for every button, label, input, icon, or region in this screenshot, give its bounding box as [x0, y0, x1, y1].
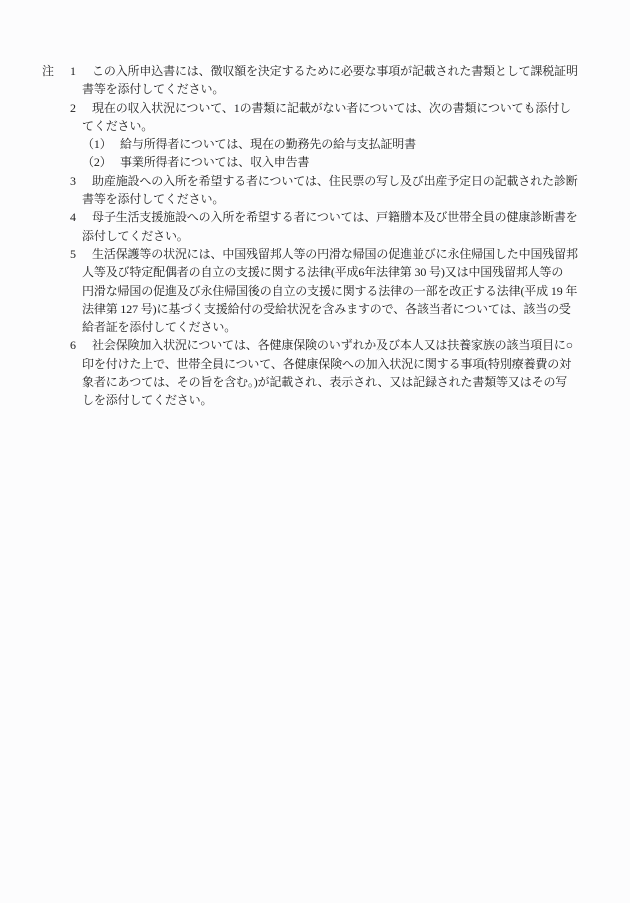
- note-item-6-line-3: 象者にあつては、その旨を含む。)が記載され、表示され、又は記録された書類等又はそ…: [0, 373, 610, 391]
- note-item-1-line-1: 1この入所申込書には、徴収額を決定するために必要な事項が記載された書類として課税…: [0, 62, 610, 80]
- notes-block: 注 1この入所申込書には、徴収額を決定するために必要な事項が記載された書類として…: [0, 62, 610, 410]
- note-item-2-sub-2: （2）事業所得者については、収入申告書: [0, 153, 610, 171]
- line-text: 社会保険加入状況については、各健康保険のいずれか及び本人又は扶養家族の該当項目に…: [92, 338, 573, 352]
- line-text: 現在の収入状況について、1の書類に記載がない者については、次の書類についても添付…: [92, 101, 571, 115]
- line-text: 給与所得者については、現在の勤務先の給与支払証明書: [120, 137, 416, 151]
- item-number: 4: [70, 208, 92, 226]
- item-number: 5: [70, 245, 92, 263]
- line-text: 生活保護等の状況には、中国残留邦人等の円滑な帰国の促進並びに永住帰国した中国残留…: [92, 247, 578, 261]
- note-item-4-line-2: 添付してください。: [0, 227, 610, 245]
- note-item-3-line-2: 書等を添付してください。: [0, 190, 610, 208]
- note-item-2-line-2: てください。: [0, 117, 610, 135]
- item-number: 3: [70, 172, 92, 190]
- note-item-2-line-1: 2現在の収入状況について、1の書類に記載がない者については、次の書類についても添…: [0, 99, 610, 117]
- sub-item-number: （2）: [82, 153, 120, 171]
- note-item-5-line-1: 5生活保護等の状況には、中国残留邦人等の円滑な帰国の促進並びに永住帰国した中国残…: [0, 245, 610, 263]
- line-text: 母子生活支援施設への入所を希望する者については、戸籍謄本及び世帯全員の健康診断書…: [92, 210, 578, 224]
- line-text: 書等を添付してください。: [82, 82, 224, 96]
- line-text: 書等を添付してください。: [82, 192, 224, 206]
- line-text: 印を付けた上で、世帯全員について、各健康保険への加入状況に関する事項(特別療養費…: [82, 357, 571, 371]
- note-item-5-line-4: 法律第 127 号)に基づく支援給付の受給状況を含みますので、各該当者については…: [0, 300, 610, 318]
- line-text: しを添付してください。: [82, 393, 212, 407]
- note-item-5-line-3: 円滑な帰国の促進及び永住帰国後の自立の支援に関する法律の一部を改正する法律(平成…: [0, 282, 610, 300]
- document-page: 注 1この入所申込書には、徴収額を決定するために必要な事項が記載された書類として…: [0, 0, 630, 903]
- note-item-6-line-4: しを添付してください。: [0, 391, 610, 409]
- line-text: この入所申込書には、徴収額を決定するために必要な事項が記載された書類として課税証…: [92, 64, 578, 78]
- line-text: 人等及び特定配偶者の自立の支援に関する法律(平成6年法律第 30 号)又は中国残…: [82, 265, 563, 279]
- sub-item-number: （1）: [82, 135, 120, 153]
- note-item-2-sub-1: （1）給与所得者については、現在の勤務先の給与支払証明書: [0, 135, 610, 153]
- item-number: 1: [70, 62, 92, 80]
- note-item-6-line-1: 6社会保険加入状況については、各健康保険のいずれか及び本人又は扶養家族の該当項目…: [0, 336, 610, 354]
- line-text: 象者にあつては、その旨を含む。)が記載され、表示され、又は記録された書類等又はそ…: [82, 375, 567, 389]
- note-item-6-line-2: 印を付けた上で、世帯全員について、各健康保険への加入状況に関する事項(特別療養費…: [0, 355, 610, 373]
- line-text: 円滑な帰国の促進及び永住帰国後の自立の支援に関する法律の一部を改正する法律(平成…: [82, 284, 577, 298]
- note-label: 注: [42, 62, 54, 80]
- item-number: 6: [70, 336, 92, 354]
- note-item-1-line-2: 書等を添付してください。: [0, 80, 610, 98]
- line-text: 給者証を添付してください。: [82, 320, 236, 334]
- note-item-4-line-1: 4母子生活支援施設への入所を希望する者については、戸籍謄本及び世帯全員の健康診断…: [0, 208, 610, 226]
- line-text: 法律第 127 号)に基づく支援給付の受給状況を含みますので、各該当者については…: [82, 302, 571, 316]
- line-text: 添付してください。: [82, 229, 189, 243]
- note-item-3-line-1: 3助産施設への入所を希望する者については、住民票の写し及び出産予定日の記載された…: [0, 172, 610, 190]
- line-text: 助産施設への入所を希望する者については、住民票の写し及び出産予定日の記載された診…: [92, 174, 578, 188]
- note-item-5-line-2: 人等及び特定配偶者の自立の支援に関する法律(平成6年法律第 30 号)又は中国残…: [0, 263, 610, 281]
- line-text: てください。: [82, 119, 153, 133]
- line-text: 事業所得者については、収入申告書: [120, 155, 309, 169]
- item-number: 2: [70, 99, 92, 117]
- note-item-5-line-5: 給者証を添付してください。: [0, 318, 610, 336]
